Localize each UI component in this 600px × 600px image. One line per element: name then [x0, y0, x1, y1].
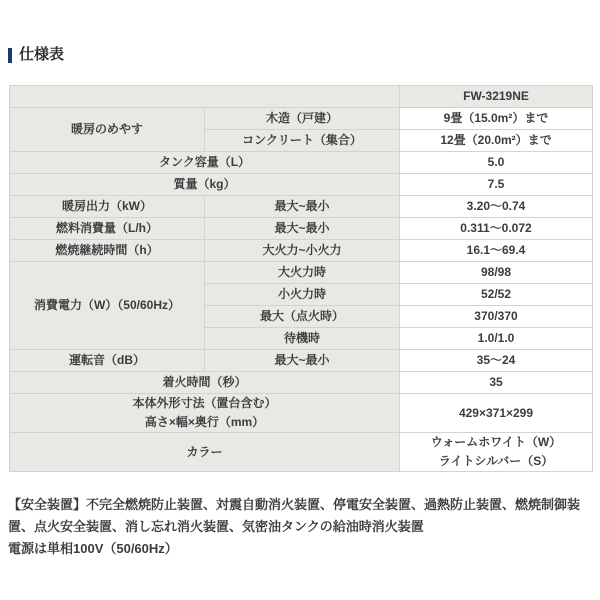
- power-high-value: 98/98: [400, 262, 593, 284]
- power-supply-note: 電源は単相100V（50/60Hz）: [8, 538, 592, 560]
- wooden-value: 9畳（15.0m²）まで: [400, 108, 593, 130]
- table-row-color: カラー ウォームホワイト（W） ライトシルバー（S）: [10, 433, 593, 472]
- wooden-label: 木造（戸建）: [205, 108, 400, 130]
- table-row-burn-duration: 燃焼継続時間（h） 大火力~小火力 16.1〜69.4: [10, 240, 593, 262]
- dimensions-value: 429×371×299: [400, 394, 593, 433]
- weight-label: 質量（kg）: [10, 174, 400, 196]
- power-max-value: 370/370: [400, 306, 593, 328]
- concrete-label: コンクリート（集合）: [205, 130, 400, 152]
- table-row-heat-output: 暖房出力（kW） 最大~最小 3.20〜0.74: [10, 196, 593, 218]
- table-row-weight: 質量（kg） 7.5: [10, 174, 593, 196]
- noise-value: 35〜24: [400, 350, 593, 372]
- burn-duration-value: 16.1〜69.4: [400, 240, 593, 262]
- power-standby-label: 待機時: [205, 328, 400, 350]
- spec-table: FW-3219NE 暖房のめやす 木造（戸建） 9畳（15.0m²）まで コンク…: [9, 85, 593, 472]
- table-row-heating-wooden: 暖房のめやす 木造（戸建） 9畳（15.0m²）まで: [10, 108, 593, 130]
- table-row-power-high: 消費電力（W）（50/60Hz） 大火力時 98/98: [10, 262, 593, 284]
- spec-page: 仕様表 FW-3219NE 暖房のめやす 木造（戸建） 9畳（15.0m²）まで…: [0, 0, 600, 600]
- tank-capacity-label: タンク容量（L）: [10, 152, 400, 174]
- heat-output-sublabel: 最大~最小: [205, 196, 400, 218]
- table-row-header: FW-3219NE: [10, 86, 593, 108]
- noise-label: 運転音（dB）: [10, 350, 205, 372]
- power-low-label: 小火力時: [205, 284, 400, 306]
- table-row-tank-capacity: タンク容量（L） 5.0: [10, 152, 593, 174]
- power-consumption-label: 消費電力（W）（50/60Hz）: [10, 262, 205, 350]
- footer-notes: 【安全装置】不完全燃焼防止装置、対震自動消火装置、停電安全装置、過熱防止装置、燃…: [8, 494, 592, 560]
- ignition-time-label: 着火時間（秒）: [10, 372, 400, 394]
- dimensions-label-line2: 高さ×幅×奥行（mm）: [13, 413, 396, 432]
- fuel-consumption-value: 0.311〜0.072: [400, 218, 593, 240]
- model-header-cell: FW-3219NE: [400, 86, 593, 108]
- power-low-value: 52/52: [400, 284, 593, 306]
- burn-duration-label: 燃焼継続時間（h）: [10, 240, 205, 262]
- color-value-line2: ライトシルバー（S）: [403, 452, 589, 471]
- color-label: カラー: [10, 433, 400, 472]
- dimensions-label: 本体外形寸法（置台含む） 高さ×幅×奥行（mm）: [10, 394, 400, 433]
- fuel-consumption-label: 燃料消費量（L/h）: [10, 218, 205, 240]
- table-row-ignition-time: 着火時間（秒） 35: [10, 372, 593, 394]
- heating-guide-label: 暖房のめやす: [10, 108, 205, 152]
- power-high-label: 大火力時: [205, 262, 400, 284]
- heat-output-label: 暖房出力（kW）: [10, 196, 205, 218]
- noise-sublabel: 最大~最小: [205, 350, 400, 372]
- page-title: 仕様表: [0, 0, 600, 64]
- page-title-text: 仕様表: [19, 46, 64, 64]
- color-value-line1: ウォームホワイト（W）: [403, 433, 589, 452]
- fuel-consumption-sublabel: 最大~最小: [205, 218, 400, 240]
- color-value: ウォームホワイト（W） ライトシルバー（S）: [400, 433, 593, 472]
- title-accent-bar: [8, 48, 12, 63]
- power-max-label: 最大（点火時）: [205, 306, 400, 328]
- header-empty-cell: [10, 86, 400, 108]
- concrete-value: 12畳（20.0m²）まで: [400, 130, 593, 152]
- ignition-time-value: 35: [400, 372, 593, 394]
- heat-output-value: 3.20〜0.74: [400, 196, 593, 218]
- safety-devices-note: 【安全装置】不完全燃焼防止装置、対震自動消火装置、停電安全装置、過熱防止装置、燃…: [8, 494, 592, 538]
- table-row-fuel-consumption: 燃料消費量（L/h） 最大~最小 0.311〜0.072: [10, 218, 593, 240]
- burn-duration-sublabel: 大火力~小火力: [205, 240, 400, 262]
- weight-value: 7.5: [400, 174, 593, 196]
- dimensions-label-line1: 本体外形寸法（置台含む）: [13, 394, 396, 413]
- table-row-noise: 運転音（dB） 最大~最小 35〜24: [10, 350, 593, 372]
- tank-capacity-value: 5.0: [400, 152, 593, 174]
- power-standby-value: 1.0/1.0: [400, 328, 593, 350]
- table-row-dimensions: 本体外形寸法（置台含む） 高さ×幅×奥行（mm） 429×371×299: [10, 394, 593, 433]
